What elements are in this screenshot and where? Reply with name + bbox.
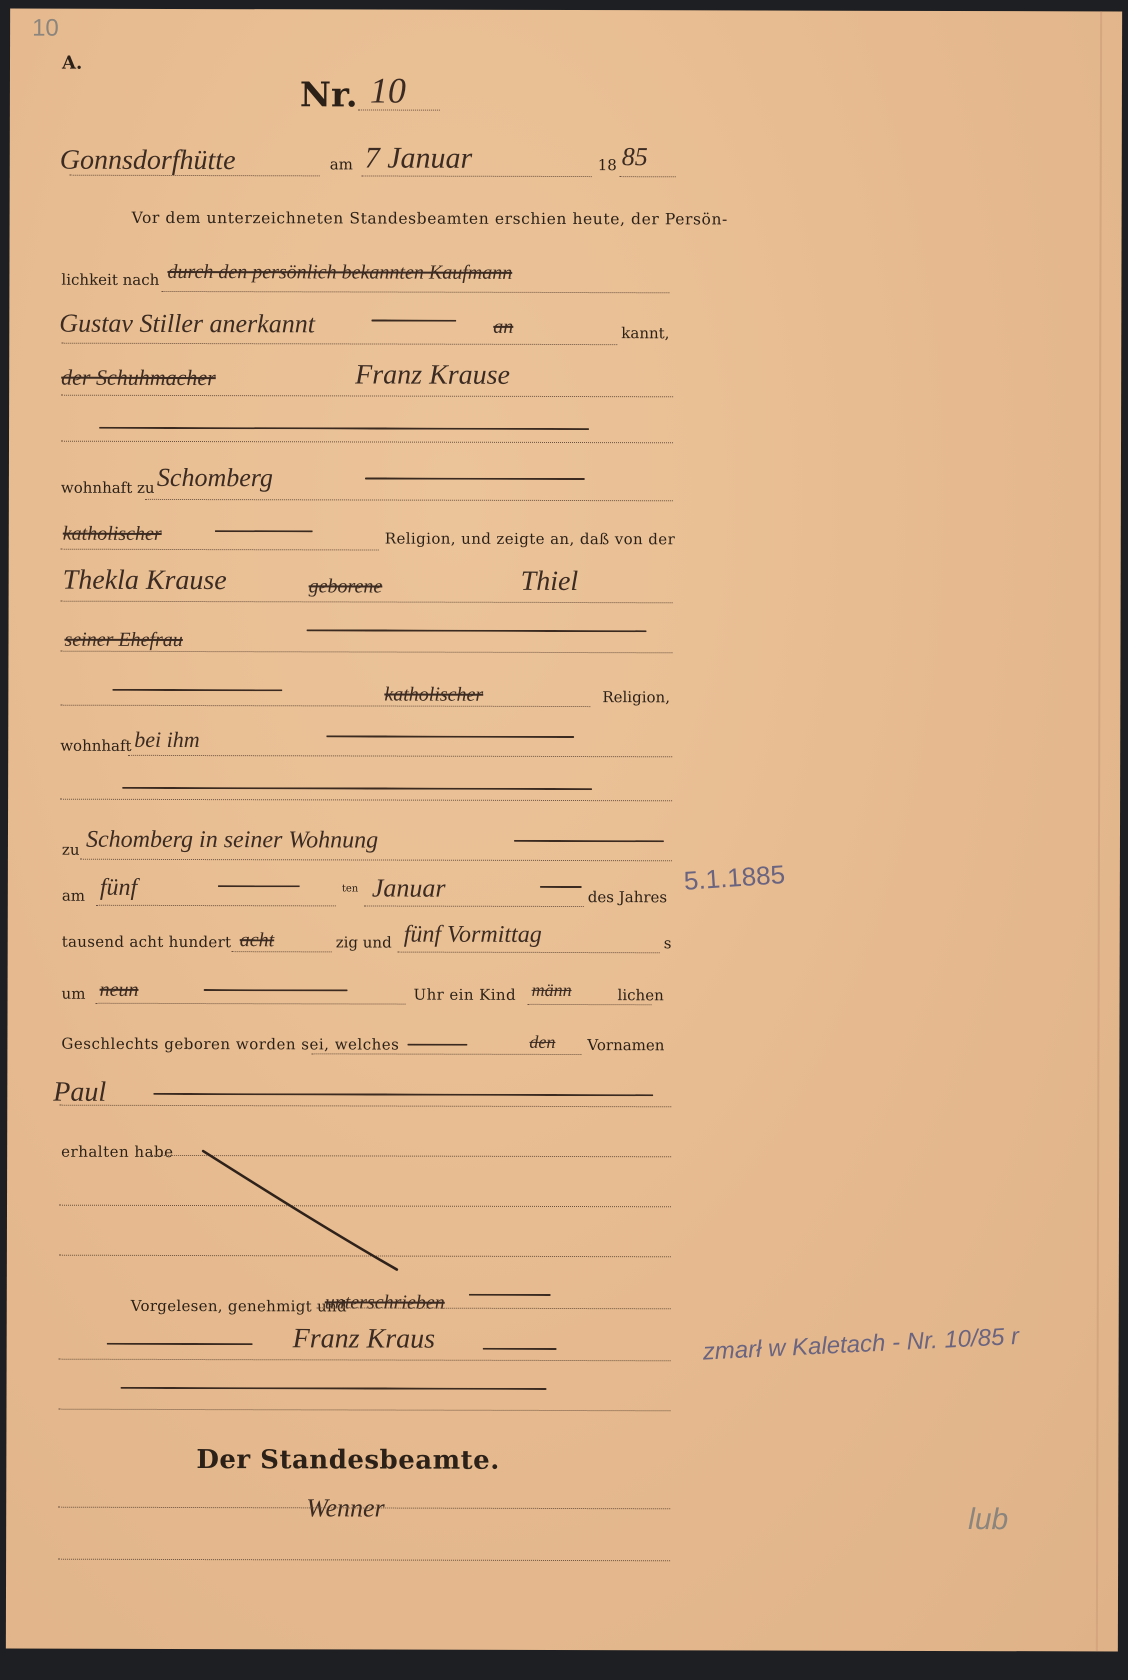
occupation-field: der Schuhmacher [61,365,216,391]
strike-dash [514,840,664,842]
line-3 [61,343,617,345]
mother-residence-label: wohnhaft [60,737,131,755]
line-6 [145,499,673,501]
year-label: des Jahres [588,888,667,906]
death-annotation: zmarł w Kaletach - Nr. 10/85 r [702,1323,1020,1367]
birth-day-label: am [62,887,85,905]
intro-line1: Vor dem unterzeichneten Standesbeamten e… [132,209,728,229]
cancel-stroke-icon [197,1145,407,1276]
nr-value: 10 [370,69,406,111]
year-units-field: fünf Vormittag [404,922,542,949]
line-26 [59,1359,671,1362]
nr-label: Nr. [300,75,358,115]
line-2 [161,291,669,293]
strike-dash [365,477,585,480]
strike-dash [215,530,313,532]
date-prefix: am [330,155,353,173]
hour-label: um [62,985,86,1003]
birth-place-label: zu [62,841,80,859]
kannt-label: kannt, [621,324,669,342]
mother-maiden-field: Thiel [521,566,579,598]
line-27 [58,1409,670,1412]
strike-dash [121,1387,547,1390]
closing-label: Vorgelesen, genehmigt und [131,1297,347,1316]
mother-born-field: geborene [309,575,383,598]
birth-place-field: Schomberg in seiner Wohnung [86,827,378,855]
strike-dash [540,886,582,888]
date-field: 7 Januar [365,141,473,175]
date-annotation: 5.1.1885 [683,859,786,897]
year-line [620,176,676,177]
line-11 [128,755,672,757]
line-18 [96,1003,406,1005]
line-13 [80,859,672,862]
line-20 [311,1053,581,1055]
line-17 [398,952,660,954]
strike-dash [112,689,282,691]
line-16 [232,951,332,952]
line-4 [61,395,673,398]
strike-dash [107,1343,253,1345]
strike-dash [407,1044,467,1046]
line-12 [60,799,672,802]
line-21 [59,1105,671,1108]
ten-label: ten [342,883,358,894]
hour-field: neun [100,979,139,1002]
strike-dash [307,629,647,632]
line-29 [58,1559,670,1562]
line-7 [61,549,379,551]
strike-dash [483,1348,557,1350]
line-10 [60,705,590,707]
erhalten-label: erhalten habe [61,1143,173,1161]
year-field: 85 [622,142,648,172]
vornamen-label: Vornamen [587,1036,664,1054]
page-edge [1096,11,1102,1651]
year-prefix: 18 [598,156,617,174]
line-5 [61,441,673,444]
geschlechts-label: Geschlechts geboren worden sei, welches [61,1035,399,1054]
s-label: s [664,934,672,952]
strike-dash [326,735,574,738]
line-8 [61,601,673,604]
witness-field: Gustav Stiller anerkannt [59,309,315,340]
line-15 [364,905,584,907]
mother-religion-field: katholischer [384,684,483,707]
birth-day-field: fünf [100,875,137,902]
father-name-field: Franz Krause [355,359,510,391]
year-words-label: tausend acht hundert [62,933,232,951]
witness-struck: an [493,316,513,339]
strike-dash [218,885,300,887]
year-tens-field: acht [240,929,274,952]
mother-religion-label: Religion, [602,688,670,706]
den-field: den [529,1032,555,1053]
registrar-title: Der Standesbeamte. [196,1445,499,1476]
residence-label: wohnhaft zu [61,479,155,497]
zig-label: zig und [336,933,392,951]
residence-field: Schomberg [157,463,273,493]
margin-number: 10 [32,15,59,43]
strike-dash [371,319,456,321]
religion-field: katholischer [63,523,162,546]
strike-dash [153,1093,653,1096]
strike-dash [469,1294,551,1296]
pencil-note: lub [968,1503,1008,1537]
register-page: 10 A. Nr. 10 Gonnsdorfhütte am 7 Januar … [6,9,1122,1652]
strike-dash [99,427,589,430]
mother-relation-field: seiner Ehefrau [64,629,182,652]
place-field: Gonnsdorfhütte [60,145,236,177]
form-letter: A. [62,53,82,74]
intro-line2-label: lichkeit nach [61,271,159,289]
religion-line-text: Religion, und zeigte an, daß von der [385,530,675,549]
line-9 [60,651,672,654]
mother-residence-field: bei ihm [134,727,199,753]
birth-month-field: Januar [372,873,446,903]
date-line [362,175,592,177]
nr-line [358,109,440,110]
strike-dash [204,989,348,991]
identified-by-field: durch den persönlich bekannten Kaufmann [167,261,512,285]
lichen-label: lichen [618,986,664,1004]
strike-dash [122,787,592,790]
line-14 [96,905,336,907]
mother-name-field: Thekla Krause [63,565,227,597]
closing-field: unterschrieben [325,1291,445,1314]
uhr-label: Uhr ein Kind [414,986,516,1004]
informant-signature: Franz Kraus [293,1323,435,1355]
gender-field: männ [532,980,572,1001]
